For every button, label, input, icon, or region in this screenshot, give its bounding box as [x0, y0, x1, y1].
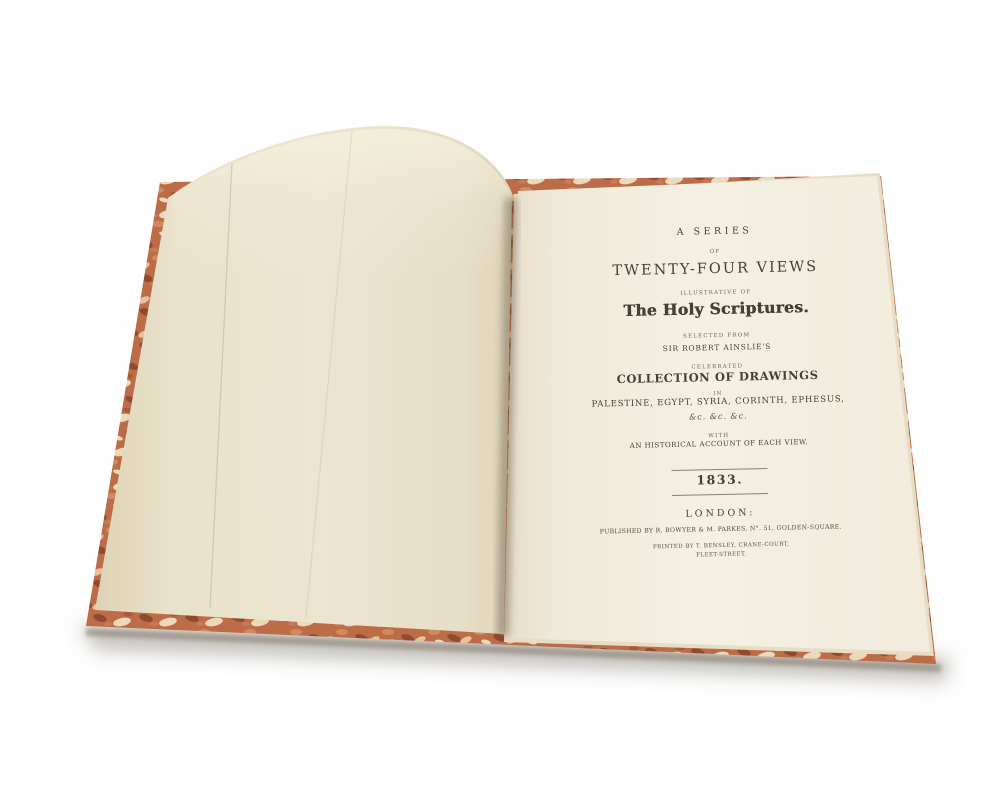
title-line-author: SIR ROBERT AINSLIE'S: [564, 341, 870, 355]
title-line-year: 1833.: [567, 471, 873, 490]
title-line-main-title: TWENTY-FOUR VIEWS: [562, 259, 868, 280]
title-page-text-block: A SERIES OF TWENTY-FOUR VIEWS ILLUSTRATI…: [561, 212, 875, 583]
gutter-shadow: [503, 198, 511, 636]
left-page-curl-highlight: [172, 129, 510, 280]
year-rule-top: [672, 468, 768, 471]
photo-canvas: A SERIES OF TWENTY-FOUR VIEWS ILLUSTRATI…: [0, 0, 1000, 800]
title-line-city: LONDON:: [567, 506, 873, 522]
year-rule-bottom: [672, 493, 768, 496]
title-line-series: A SERIES: [561, 224, 867, 240]
title-line-of: OF: [562, 247, 868, 259]
title-line-subject: The Holy Scriptures.: [563, 298, 869, 320]
title-line-publisher: PUBLISHED BY R. BOWYER & M. PARKES, N°. …: [568, 524, 874, 537]
title-line-etc: &c. &c. &c.: [565, 410, 871, 424]
